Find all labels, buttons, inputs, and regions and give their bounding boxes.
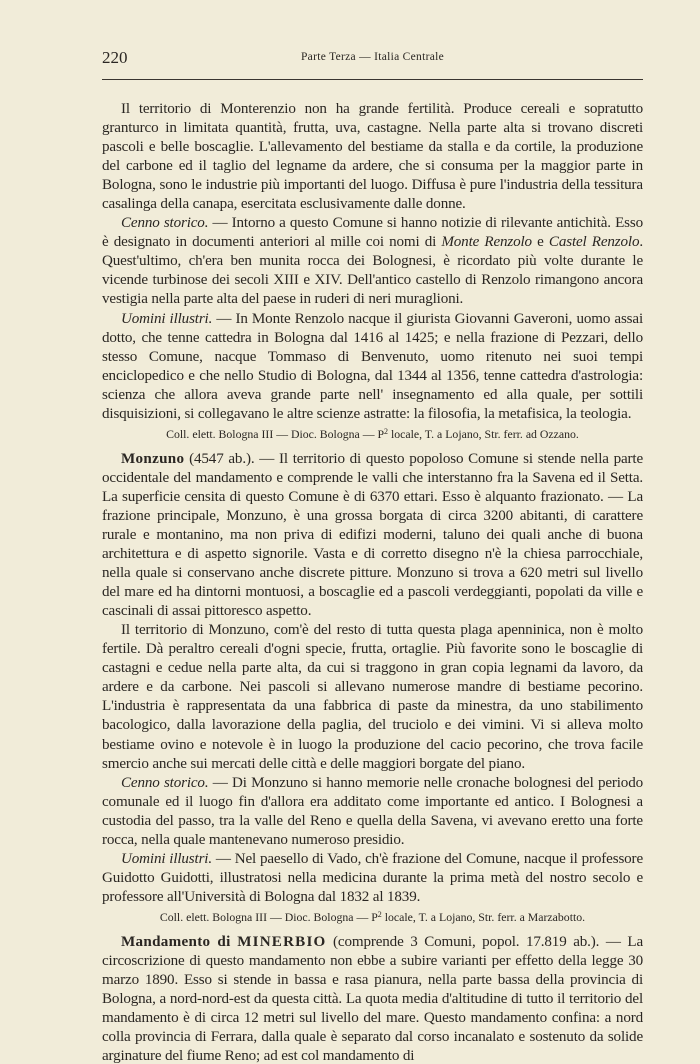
collegio-note: Coll. elett. Bologna III — Dioc. Bologna…	[102, 426, 643, 442]
text: (comprende 3 Comuni, popol. 17.819 ab.).…	[102, 934, 643, 1064]
paragraph-uomini-illustri: Uomini illustri. — In Monte Renzolo nacq…	[102, 310, 643, 424]
text: e	[532, 234, 549, 250]
page-body: Il territorio di Monterenzio non ha gran…	[102, 100, 643, 1064]
text: Coll. elett. Bologna III — Dioc. Bologna…	[160, 910, 378, 924]
section-monzuno: Monzuno (4547 ab.). — Il territorio di q…	[102, 450, 643, 925]
collegio-note: Coll. elett. Bologna III — Dioc. Bologna…	[102, 909, 643, 925]
paragraph: Il territorio di Monzuno, com'è del rest…	[102, 621, 643, 773]
cenno-label: Cenno storico.	[121, 215, 208, 231]
uomini-label: Uomini illustri.	[121, 851, 212, 867]
mandamento-label: Mandamento di	[121, 934, 231, 950]
place-name: Monte Renzolo	[441, 234, 532, 250]
paragraph-cenno-storico: Cenno storico. — Di Monzuno si hanno mem…	[102, 774, 643, 850]
mandamento-name: MINERBIO	[237, 934, 326, 950]
text: (4547 ab.). — Il territorio di questo po…	[102, 451, 643, 619]
paragraph-cenno-storico: Cenno storico. — Intorno a questo Comune…	[102, 214, 643, 309]
page: 220 Parte Terza — Italia Centrale Il ter…	[102, 48, 643, 72]
paragraph: Mandamento di MINERBIO (comprende 3 Comu…	[102, 933, 643, 1064]
cenno-label: Cenno storico.	[121, 775, 208, 791]
paragraph: Il territorio di Monterenzio non ha gran…	[102, 100, 643, 214]
paragraph: Monzuno (4547 ab.). — Il territorio di q…	[102, 450, 643, 621]
text: locale, T. a Lojano, Str. ferr. a Marzab…	[382, 910, 585, 924]
comune-name: Monzuno	[121, 451, 184, 467]
text: Coll. elett. Bologna III — Dioc. Bologna…	[166, 427, 384, 441]
uomini-label: Uomini illustri.	[121, 311, 212, 327]
running-head: 220 Parte Terza — Italia Centrale	[102, 48, 643, 72]
place-name: Castel Renzolo	[549, 234, 639, 250]
header-rule	[102, 79, 643, 80]
running-title: Parte Terza — Italia Centrale	[102, 51, 643, 63]
paragraph-uomini-illustri: Uomini illustri. — Nel paesello di Vado,…	[102, 850, 643, 907]
section-minerbio: Mandamento di MINERBIO (comprende 3 Comu…	[102, 933, 643, 1064]
text: locale, T. a Lojano, Str. ferr. ad Ozzan…	[388, 427, 579, 441]
section-monterenzio: Il territorio di Monterenzio non ha gran…	[102, 100, 643, 442]
text: — In Monte Renzolo nacque il giurista Gi…	[102, 311, 643, 422]
